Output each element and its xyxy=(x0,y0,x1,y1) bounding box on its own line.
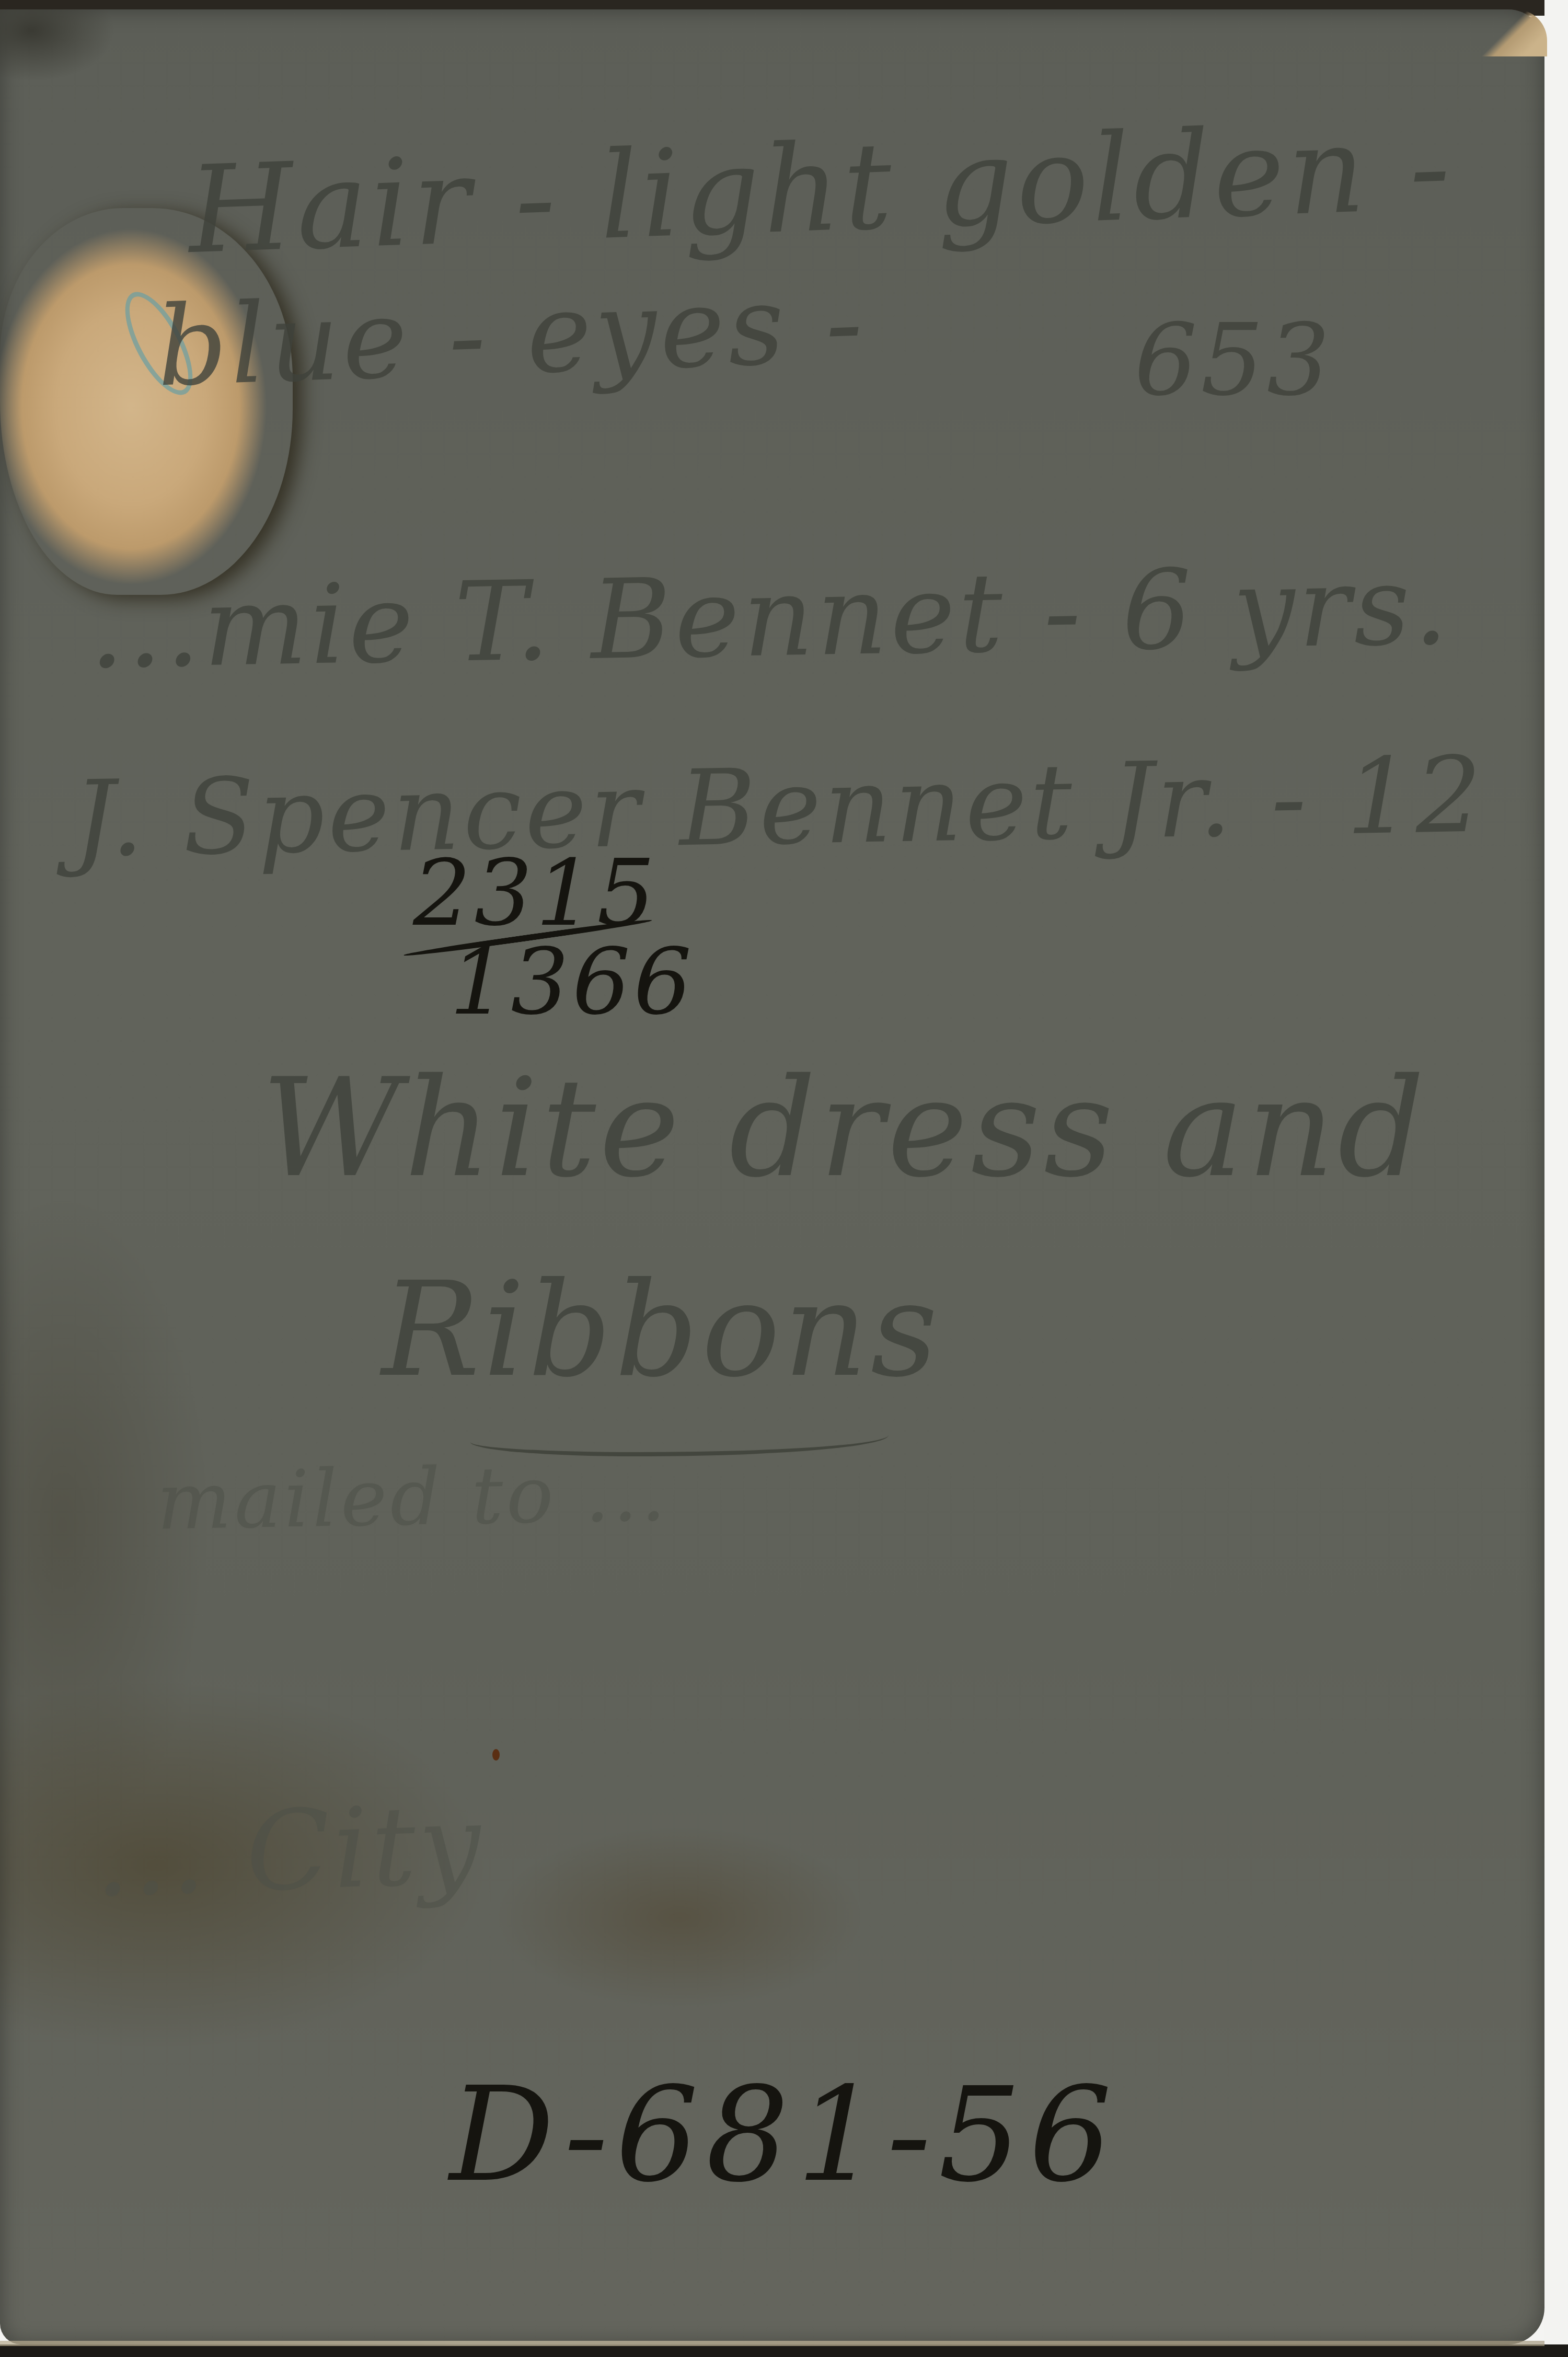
worn-corner-top-right xyxy=(1474,9,1547,56)
note-eye-color: blue - eyes - xyxy=(155,258,868,411)
cabinet-card-back: Hair - light golden - blue - eyes - 653 … xyxy=(0,9,1544,2344)
note-mailed-to: mailed to ... xyxy=(156,1447,670,1547)
card-bottom-edge xyxy=(0,2341,1544,2346)
scan-backdrop-bottom xyxy=(0,2344,1568,2357)
fraction-denominator: 1366 xyxy=(449,929,695,1036)
note-city: ... City xyxy=(92,1780,486,1922)
note-white-dress: White dress and xyxy=(261,1050,1428,1208)
ink-fraction: 2315 1366 xyxy=(402,841,674,1013)
rust-spot xyxy=(492,1749,500,1761)
note-hair-color: Hair - light golden - xyxy=(186,97,1456,281)
scan-backdrop-right xyxy=(1544,0,1568,2357)
note-child-bennet-6yrs: ...mie T. Bennet - 6 yrs. xyxy=(88,541,1452,693)
note-child-spencer-bennet-jr: J. Spencer Bennet Jr. - 12 xyxy=(72,734,1486,880)
worn-corner-top-left xyxy=(0,9,136,93)
note-number-653: 653 xyxy=(1134,302,1333,418)
note-ribbons: Ribbons xyxy=(382,1254,941,1406)
catalog-number: D-681-56 xyxy=(449,2059,1119,2211)
